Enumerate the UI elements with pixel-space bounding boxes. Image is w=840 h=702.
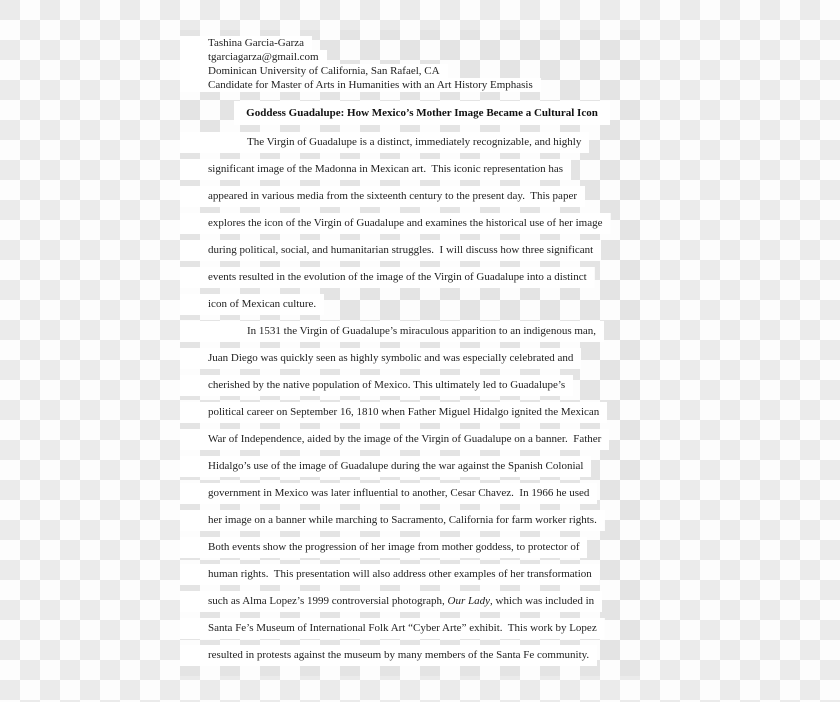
abstract-body: The Virgin of Guadalupe is a distinct, i… xyxy=(180,129,611,669)
document-page: Tashina Garcia-Garza tgarciagarza@gmail.… xyxy=(180,30,640,676)
body-line: significant image of the Madonna in Mexi… xyxy=(180,156,571,183)
author-name: Tashina Garcia-Garza xyxy=(180,36,312,50)
body-line: Santa Fe’s Museum of International Folk … xyxy=(180,615,605,642)
body-line: cherished by the native population of Me… xyxy=(180,372,573,399)
body-line: War of Independence, aided by the image … xyxy=(180,426,609,453)
body-line: appeared in various media from the sixte… xyxy=(180,183,585,210)
transparency-checkerboard-background: Tashina Garcia-Garza tgarciagarza@gmail.… xyxy=(0,0,840,702)
body-line: during political, social, and humanitari… xyxy=(180,237,601,264)
body-line: government in Mexico was later influenti… xyxy=(180,480,597,507)
body-line: resulted in protests against the museum … xyxy=(180,642,597,669)
author-header: Tashina Garcia-Garza tgarciagarza@gmail.… xyxy=(180,36,541,92)
body-line: Juan Diego was quickly seen as highly sy… xyxy=(180,345,581,372)
document-title: Goddess Guadalupe: How Mexico’s Mother I… xyxy=(234,101,610,125)
body-line: such as Alma Lopez’s 1999 controversial … xyxy=(180,588,602,615)
body-line: Hidalgo’s use of the image of Guadalupe … xyxy=(180,453,591,480)
body-line-segment: such as Alma Lopez’s 1999 controversial … xyxy=(208,595,448,607)
author-degree-line: Candidate for Master of Arts in Humaniti… xyxy=(180,78,541,92)
body-line: icon of Mexican culture. xyxy=(180,291,324,318)
author-email: tgarciagarza@gmail.com xyxy=(180,50,327,64)
body-line: Both events show the progression of her … xyxy=(180,534,587,561)
body-line: political career on September 16, 1810 w… xyxy=(180,399,607,426)
body-line-segment: , which was included in xyxy=(490,595,594,607)
work-title-italic: Our Lady xyxy=(448,595,490,607)
body-line: her image on a banner while marching to … xyxy=(180,507,605,534)
body-line: The Virgin of Guadalupe is a distinct, i… xyxy=(180,129,589,156)
author-affiliation: Dominican University of California, San … xyxy=(180,64,448,78)
body-line: events resulted in the evolution of the … xyxy=(180,264,595,291)
body-line: In 1531 the Virgin of Guadalupe’s miracu… xyxy=(180,318,604,345)
body-line: human rights. This presentation will als… xyxy=(180,561,600,588)
body-line: explores the icon of the Virgin of Guada… xyxy=(180,210,611,237)
title-row: Goddess Guadalupe: How Mexico’s Mother I… xyxy=(208,101,636,125)
